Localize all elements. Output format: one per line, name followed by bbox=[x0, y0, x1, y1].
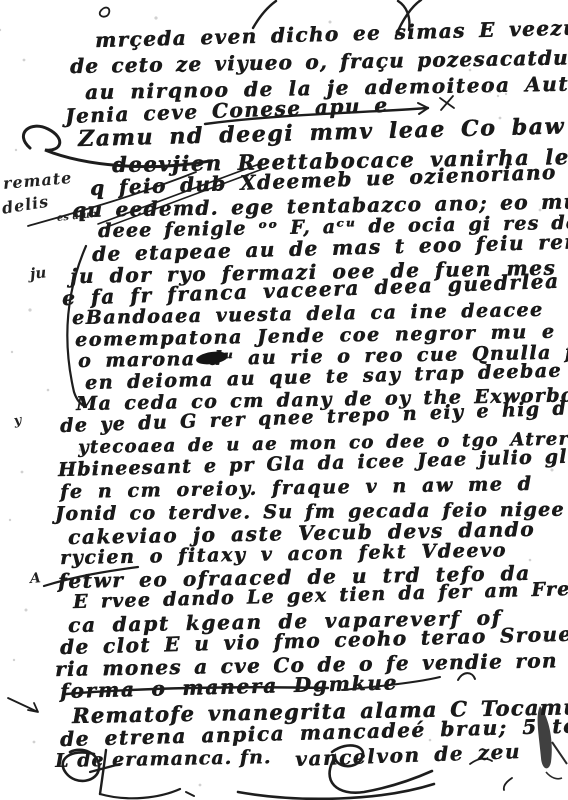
margin-mark-a: A bbox=[29, 570, 41, 587]
margin-arrow-icon bbox=[8, 698, 38, 712]
margin-note-remate: remate bbox=[2, 168, 73, 193]
manuscript-page: mrçeda even dicho ee simas E veezugᵈᵒ de… bbox=[0, 0, 568, 800]
margin-mark-y: y bbox=[13, 413, 23, 429]
signature-comma-icon bbox=[504, 778, 512, 790]
margin-note-interline: es aluni bbox=[56, 208, 101, 224]
line4-swash-arrowhead-icon bbox=[418, 103, 428, 114]
pen-squiggle-top-left-icon bbox=[100, 8, 110, 17]
rubric-tail-tick-icon bbox=[186, 792, 194, 796]
cross-mark-right-icon bbox=[440, 96, 454, 110]
closing-formula: L de eramanca. fn. bbox=[55, 746, 272, 772]
signature-underline-icon bbox=[238, 784, 434, 799]
line30-end-hook-icon bbox=[458, 673, 475, 680]
rubric-tail-icon bbox=[100, 789, 180, 798]
margin-note-delis: delis bbox=[1, 192, 51, 218]
margin-mark-j: ju bbox=[29, 263, 47, 283]
